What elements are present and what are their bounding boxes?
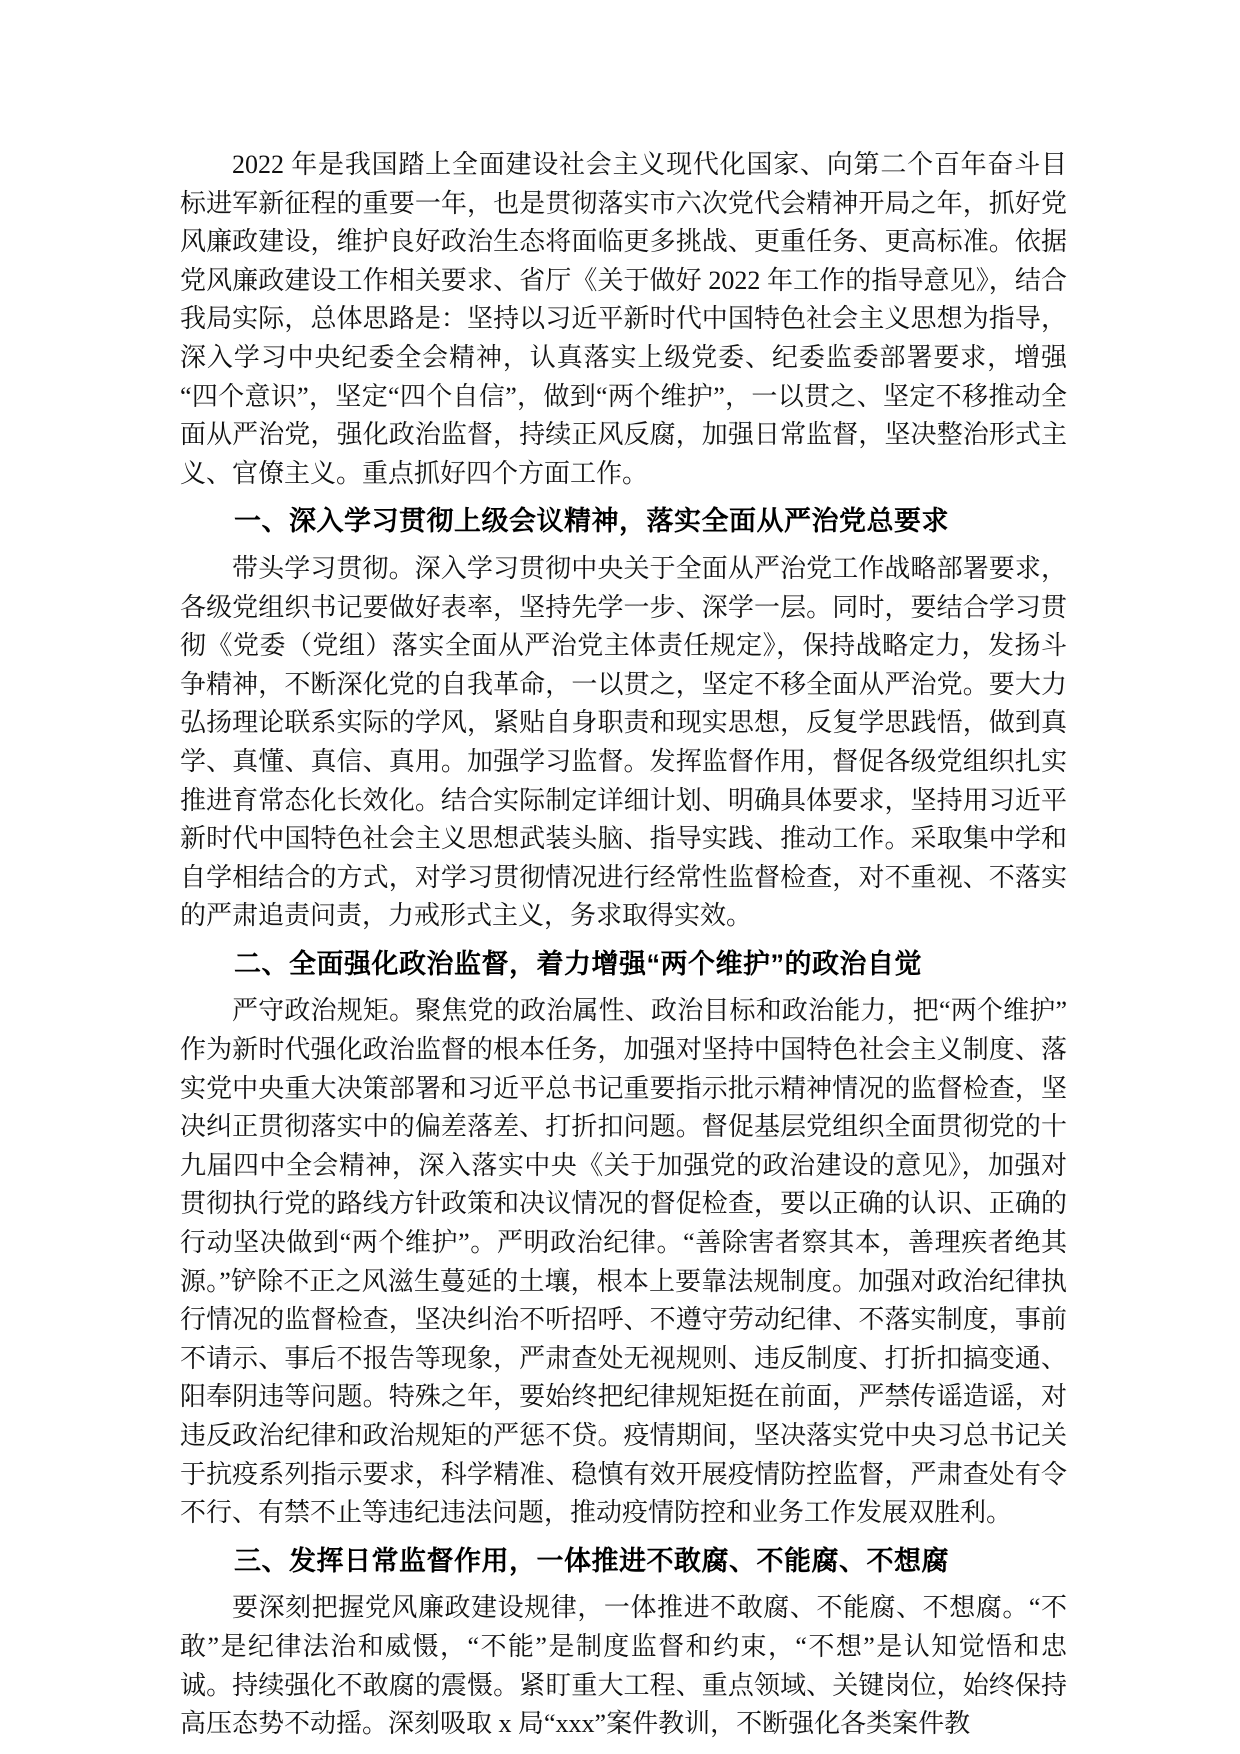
section-heading-3: 三、发挥日常监督作用，一体推进不敢腐、不能腐、不想腐 [180, 1542, 1067, 1581]
paragraph-overview: 2022 年是我国踏上全面建设社会主义现代化国家、向第二个百年奋斗目标进军新征程… [180, 146, 1067, 493]
section-heading-2: 二、全面强化政治监督，着力增强“两个维护”的政治自觉 [180, 945, 1067, 984]
document-page: 2022 年是我国踏上全面建设社会主义现代化国家、向第二个百年奋斗目标进军新征程… [0, 0, 1240, 1754]
paragraph-section-3: 要深刻把握党风廉政建设规律，一体推进不敢腐、不能腐、不想腐。“不敢”是纪律法治和… [180, 1589, 1067, 1743]
paragraph-section-2: 严守政治规矩。聚焦党的政治属性、政治目标和政治能力，把“两个维护”作为新时代强化… [180, 992, 1067, 1532]
section-heading-1: 一、深入学习贯彻上级会议精神，落实全面从严治党总要求 [180, 502, 1067, 541]
paragraph-section-1: 带头学习贯彻。深入学习贯彻中央关于全面从严治党工作战略部署要求，各级党组织书记要… [180, 550, 1067, 936]
